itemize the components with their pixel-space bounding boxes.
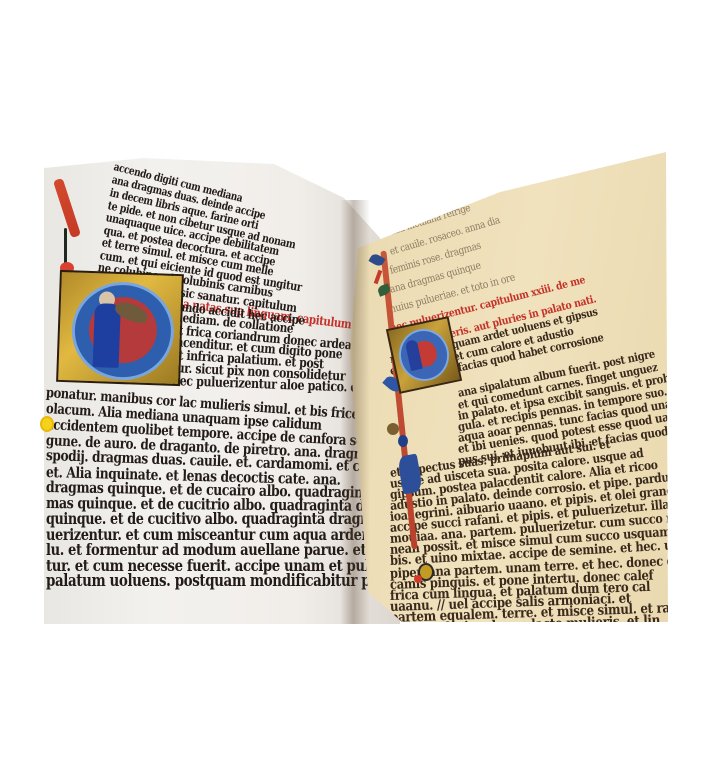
- gold-sun-icon: [42, 418, 52, 430]
- manuscript-photo: accendo digiti cum medianaana dragmas du…: [0, 0, 710, 780]
- text-line: humore cum sanguine benedicti. et: [388, 152, 527, 199]
- gold-bead-icon: [387, 423, 399, 435]
- red-bead-icon: [414, 575, 422, 583]
- initial-blue-ring: [394, 324, 454, 385]
- flourish-stem: [64, 228, 67, 264]
- book-gutter-shadow: [340, 200, 370, 624]
- blue-bead-icon: [398, 435, 408, 447]
- illuminated-initial-right: [386, 316, 462, 394]
- initial-blue-ring: [70, 280, 175, 382]
- illuminated-initial-left: [56, 270, 184, 386]
